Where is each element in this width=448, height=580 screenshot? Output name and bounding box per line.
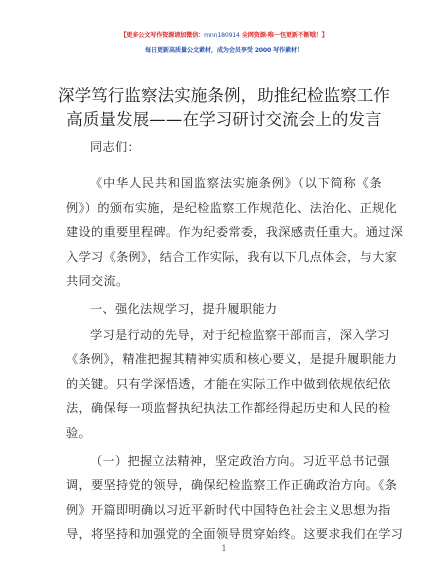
salutation: 同志们：	[90, 138, 382, 156]
promo-banner-line-1: 【更多公文写作资源请加微信：mnn180914 全网资源·唯一包更新不断哦！】	[0, 30, 448, 39]
page-number: 1	[0, 544, 448, 553]
paragraph-2-line-3: 的关键。只有学深悟透，才能在实际工作中做到依规依纪依	[66, 375, 382, 393]
promo-banner-line-2: 每日更新高质量公文素材，成为会员享受 2000 写作素材！	[0, 45, 448, 54]
paragraph-3-line-1: （一）把握立法精神，坚定政治方向。习近平总书记强	[90, 452, 382, 470]
document-page: 【更多公文写作资源请加微信：mnn180914 全网资源·唯一包更新不断哦！】 …	[0, 0, 448, 580]
paragraph-1-line-4: 入学习《条例》，结合工作实际，我有以下几点体会，与大家	[66, 248, 382, 266]
paragraph-2-line-5: 验。	[66, 424, 382, 442]
title-line-1: 深学笃行监察法实施条例，助推纪检监察工作	[0, 84, 448, 108]
paragraph-2-line-4: 法，确保每一项监督执纪执法工作都经得起历史和人民的检	[66, 399, 382, 417]
title-line-2: 高质量发展——在学习研讨交流会上的发言	[0, 108, 448, 132]
paragraph-2-line-1: 学习是行动的先导，对于纪检监察干部而言，深入学习	[90, 326, 382, 344]
promo-banner-prefix: 【更多公文写作资源请加微信：	[120, 32, 204, 39]
promo-wechat-id: mnn180914	[204, 32, 240, 39]
paragraph-3-line-3: 例》开篇即明确以习近平新时代中国特色社会主义思想为指	[66, 501, 382, 519]
paragraph-1-line-2: 例》）的颁布实施，是纪检监察工作规范化、法治化、正规化	[66, 199, 382, 217]
promo-banner-suffix: 全网资源·唯一包更新不断哦！】	[240, 32, 328, 39]
paragraph-3-line-4: 导，将坚持和加强党的全面领导贯穿始终。这要求我们在学习	[66, 525, 382, 543]
paragraph-2-line-2: 《条例》，精准把握其精神实质和核心要义，是提升履职能力	[66, 350, 382, 368]
paragraph-1-line-3: 建设的重要里程碑。作为纪委常委，我深感责任重大。通过深	[66, 223, 382, 241]
paragraph-1-line-1: 《中华人民共和国监察法实施条例》（以下简称《条	[90, 174, 382, 192]
section-heading-1: 一、强化法规学习，提升履职能力	[90, 300, 382, 318]
document-title: 深学笃行监察法实施条例，助推纪检监察工作 高质量发展——在学习研讨交流会上的发言	[0, 84, 448, 132]
paragraph-3-line-2: 调，要坚持党的领导，确保纪检监察工作正确政治方向。《条	[66, 476, 382, 494]
paragraph-1-line-5: 共同交流。	[66, 272, 382, 290]
